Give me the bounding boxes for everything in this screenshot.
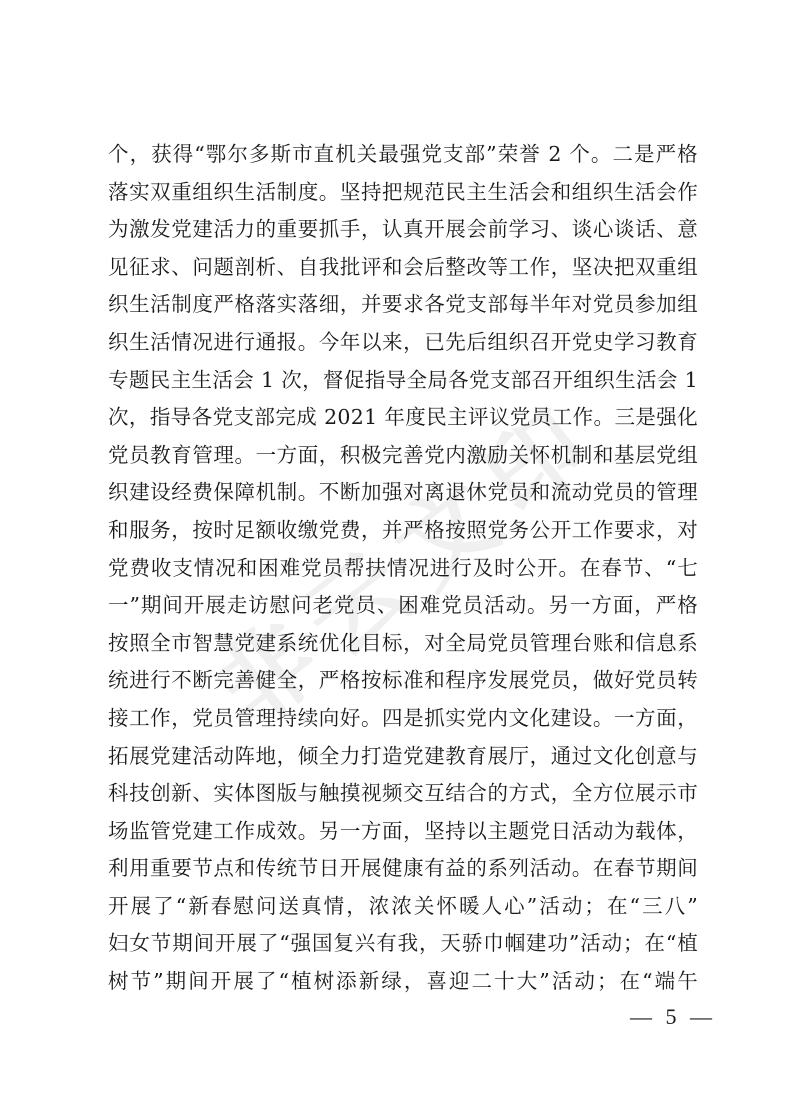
text-line: 为激发党建活力的重要抓手，认真开展会前学习、谈心谈话、意 bbox=[108, 211, 698, 249]
text-line: 妇女节期间开展了“强国复兴有我，天骄巾帼建功”活动；在“植 bbox=[108, 925, 698, 963]
text-line: 利用重要节点和传统节日开展健康有益的系列活动。在春节期间 bbox=[108, 850, 698, 888]
text-line: 拓展党建活动阵地，倾全力打造党建教育展厅，通过文化创意与 bbox=[108, 738, 698, 776]
body-paragraph: 个，获得“鄂尔多斯市直机关最强党支部”荣誉 2 个。二是严格 落实双重组织生活制… bbox=[108, 136, 698, 1001]
text-line: 个，获得“鄂尔多斯市直机关最强党支部”荣誉 2 个。二是严格 bbox=[108, 136, 698, 174]
text-line: 科技创新、实体图版与触摸视频交互结合的方式，全方位展示市 bbox=[108, 775, 698, 813]
text-line: 统进行不断完善健全，严格按标准和程序发展党员，做好党员转 bbox=[108, 662, 698, 700]
text-line: 织建设经费保障机制。不断加强对离退休党员和流动党员的管理 bbox=[108, 474, 698, 512]
text-line: 党费收支情况和困难党员帮扶情况进行及时公开。在春节、“七 bbox=[108, 550, 698, 588]
text-line: 场监管党建工作成效。另一方面，坚持以主题党日活动为载体， bbox=[108, 813, 698, 851]
text-line: 和服务，按时足额收缴党费，并严格按照党务公开工作要求，对 bbox=[108, 512, 698, 550]
text-line: 接工作，党员管理持续向好。四是抓实党内文化建设。一方面， bbox=[108, 700, 698, 738]
text-line: 织生活情况进行通报。今年以来，已先后组织召开党史学习教育 bbox=[108, 324, 698, 362]
text-line: 次，指导各党支部完成 2021 年度民主评议党员工作。三是强化 bbox=[108, 399, 698, 437]
text-line: 一”期间开展走访慰问老党员、困难党员活动。另一方面，严格 bbox=[108, 587, 698, 625]
text-line: 树节”期间开展了“植树添新绿，喜迎二十大”活动；在“端午 bbox=[108, 963, 698, 1001]
text-line: 党员教育管理。一方面，积极完善党内激励关怀机制和基层党组 bbox=[108, 437, 698, 475]
document-page: 非云文印 个，获得“鄂尔多斯市直机关最强党支部”荣誉 2 个。二是严格 落实双重… bbox=[0, 0, 794, 1116]
text-line: 落实双重组织生活制度。坚持把规范民主生活会和组织生活会作 bbox=[108, 174, 698, 212]
text-line: 专题民主生活会 1 次，督促指导全局各党支部召开组织生活会 1 bbox=[108, 362, 698, 400]
text-line: 织生活制度严格落实落细，并要求各党支部每半年对党员参加组 bbox=[108, 286, 698, 324]
page-number: — 5 — bbox=[630, 1004, 716, 1030]
text-line: 见征求、问题剖析、自我批评和会后整改等工作，坚决把双重组 bbox=[108, 249, 698, 287]
text-line: 开展了“新春慰问送真情，浓浓关怀暖人心”活动；在“三八” bbox=[108, 888, 698, 926]
text-line: 按照全市智慧党建系统优化目标，对全局党员管理台账和信息系 bbox=[108, 625, 698, 663]
